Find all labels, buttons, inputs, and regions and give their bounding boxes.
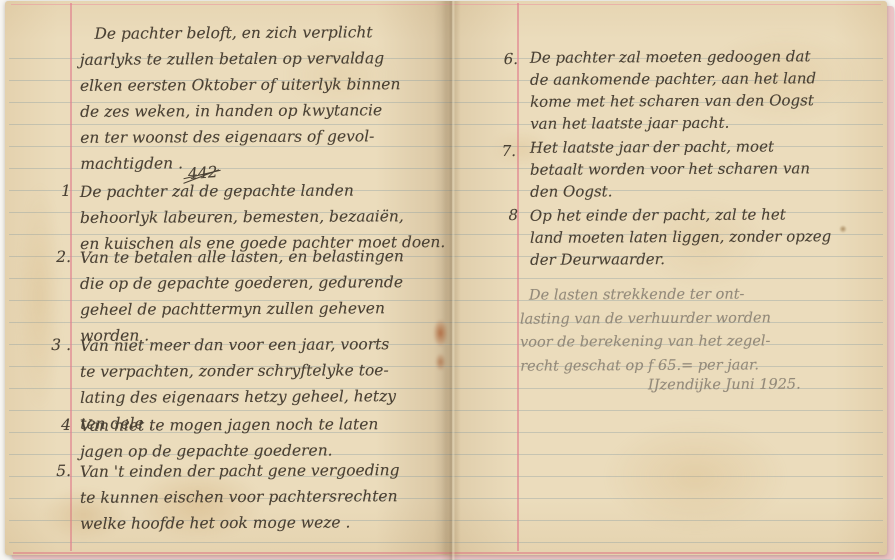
clause-text-7: Het laatste jaar der pacht, moet betaalt…: [530, 135, 810, 202]
clause-number-3: 3 .: [41, 332, 71, 358]
clause-text-8: Op het einde der pacht, zal te het land …: [530, 203, 832, 271]
pencil-annotation: De lasten strekkende ter ont- lasting va…: [520, 283, 772, 378]
rust-stain: [435, 353, 446, 371]
clause-number-2: 2.: [41, 244, 71, 270]
intro-paragraph: De pachter beloft, en zich verplicht jaa…: [80, 19, 401, 177]
clause-number-4: 4: [41, 412, 71, 438]
pencil-place-date: IJzendijke Juni 1925.: [648, 374, 801, 398]
clause-number-5: 5.: [41, 458, 71, 484]
clause-number-1: 1: [41, 178, 71, 204]
scanned-manuscript-lease-contract: De pachter beloft, en zich verplicht jaa…: [0, 0, 895, 560]
clause-number-8: 8: [488, 204, 518, 226]
right-page: 6. De pachter zal moeten gedoogen dat de…: [450, 2, 895, 556]
rust-stain: [433, 319, 448, 347]
clause-number-7: 7.: [486, 140, 516, 162]
notebook-spread: De pachter beloft, en zich verplicht jaa…: [5, 1, 887, 555]
clause-text-5: Van 't einden der pacht gene vergoeding …: [80, 457, 400, 537]
clause-text-6: De pachter zal moeten gedoogen dat de aa…: [530, 45, 817, 134]
clause-number-6: 6.: [488, 48, 518, 70]
center-fold-crease: [441, 1, 461, 560]
left-page: De pachter beloft, en zich verplicht jaa…: [10, 2, 447, 556]
